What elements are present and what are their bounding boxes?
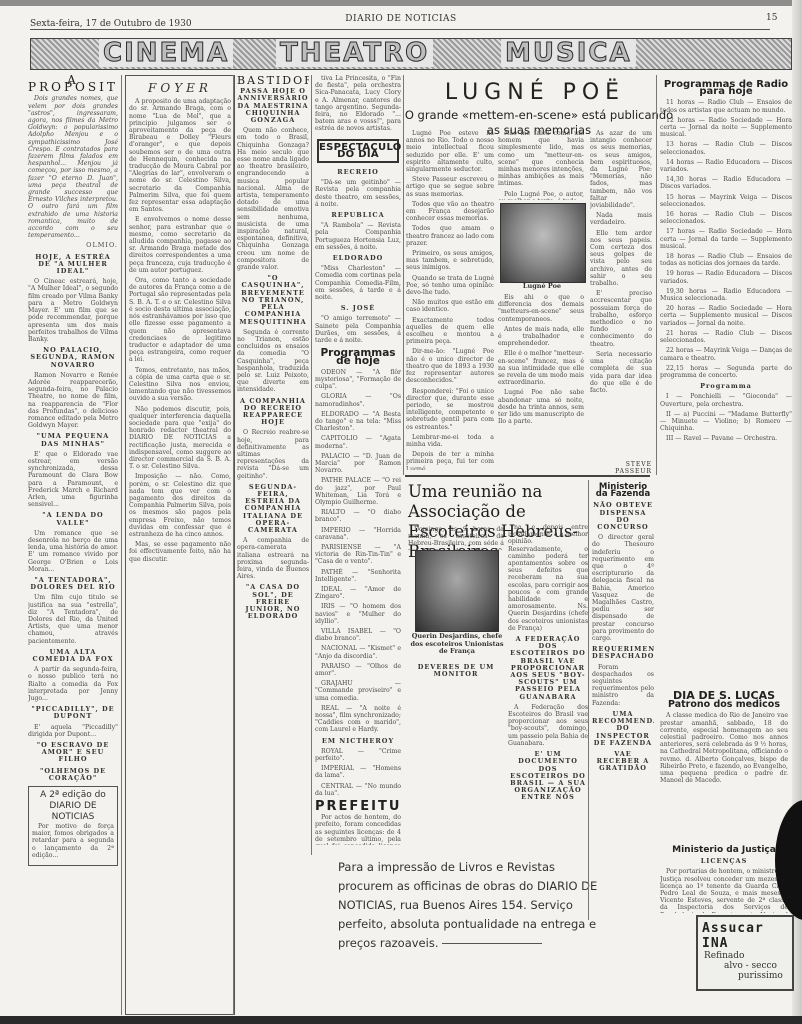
second-edition-box: A 2ª edição do DIARIO DE NOTICIAS Por mo… bbox=[28, 786, 118, 866]
section-text: Um romance que se desenrola no berço de … bbox=[28, 530, 118, 573]
nictheroy-item: ROYAL — "Crime perfeito". bbox=[315, 748, 401, 762]
radio-item: 22 horas — Mayrink Veiga — Danças de cam… bbox=[660, 347, 792, 361]
assucar-ina-ad: Assucar INA Refinado alvo - secco puriss… bbox=[696, 915, 794, 991]
programma-item: PARISIENSE — "A victoria de Rin-Tin-Tin"… bbox=[315, 544, 401, 566]
scan-edge-top bbox=[0, 0, 802, 6]
column-a-proposito: A PROPOSITO Dois grandes nomes, que vele… bbox=[28, 75, 118, 1015]
second-edition-title: A 2ª edição do DIARIO DE NOTICIAS bbox=[32, 790, 114, 823]
requerimentos-text: Foram despachados os seguintes requerime… bbox=[592, 664, 654, 707]
assoc-column-1: DEVERES DE UM MONITOR bbox=[408, 660, 504, 840]
assoc-column-2: na, e depois entre isoladamente, á a mel… bbox=[508, 524, 588, 844]
lugne-paragraph: Exactamente todos aquelles de quem elle … bbox=[406, 317, 494, 346]
federacao-head: A FEDERAÇÃO DOS ESCOTEIROS DO BRASIL VAE… bbox=[508, 636, 588, 701]
print-shop-ad: Para a impressão de Livros e Revistas pr… bbox=[338, 858, 600, 986]
theatre-text: "Miss Charleston" — Comedia com cortinas… bbox=[315, 265, 401, 301]
programma-item: NACIONAL — "Kismet" e "Anjo da discordia… bbox=[315, 645, 401, 659]
theatre-text: "A Rambola" — Revista pela Companhia Por… bbox=[315, 222, 401, 251]
lugne-paragraph: Seria necessario uma citação completa de… bbox=[590, 351, 652, 394]
theatre-text: "O amigo terremoto" — Sainete pela Compa… bbox=[315, 315, 401, 344]
section-head: "A TENTADORA", DOLORES DEL RIO bbox=[28, 577, 118, 591]
foyer-paragraph: E envolvemos o nome desse senhor, para e… bbox=[129, 216, 231, 274]
theatre-name: ELDORADO bbox=[315, 255, 401, 262]
lugne-paragraph: Dir-me-ão: "Lugné Poe não é o unico dire… bbox=[406, 348, 494, 384]
section-text: E' que o Eldorado vae estrear, em versão… bbox=[28, 451, 118, 509]
radio-item: 14,30 horas — Radio Educadora — Discos v… bbox=[660, 176, 792, 190]
lugne-paragraph: Nada mais verdadeiro. bbox=[590, 212, 652, 226]
section-text: Quem não conhece, em todo o Brasil, Chiq… bbox=[237, 127, 309, 271]
vae-receber-head: VAE RECEBER A GRATIDÃO bbox=[592, 751, 654, 773]
ad-rule bbox=[442, 943, 542, 944]
column-espectaculos: tiva La Princesita, o "Fin de fiesta", p… bbox=[315, 75, 401, 845]
newspaper-page: Sexta-feira, 17 de Outubro de 1930 DIARI… bbox=[0, 0, 802, 1024]
foyer-paragraph: Não podemos discutir, pois, qualquer int… bbox=[129, 406, 231, 471]
lugne-paragraph: E' preciso accrescentar que possuiam for… bbox=[590, 290, 652, 348]
nictheroy-title: EM NICTHEROY bbox=[315, 738, 401, 745]
lugne-paragraph: Elle é o melhor "metteur-en-scene" franc… bbox=[498, 350, 584, 386]
section-head: UMA ALTA COMEDIA DA FOX bbox=[28, 649, 118, 663]
radio-item: 19 horas — Radio Educadora — Discos vari… bbox=[660, 270, 792, 284]
prefeitura-text: Por actos de hontem, do prefeito, foram … bbox=[315, 814, 401, 845]
radio-item: 20 horas — Radio Sociedade — Hora certa … bbox=[660, 305, 792, 327]
section-head: SEGUNDA-FEIRA, ESTREIA DA COMPANHIA ITAL… bbox=[237, 484, 309, 534]
a-proposito-intro: Dois grandes nomes, que velem por dois g… bbox=[28, 95, 118, 239]
column-sao-lucas: DIA DE S. LUCAS Patrono dos medicos A cl… bbox=[660, 690, 788, 840]
assoc-text: na, e depois entre isoladamente, á a mel… bbox=[508, 524, 588, 632]
section-head: "A LENDA DO VALLE" bbox=[28, 512, 118, 526]
programma-item: IDEAL — "Amor de Zingaro". bbox=[315, 586, 401, 600]
espectaculos-intro: tiva La Princesita, o "Fin de fiesta", p… bbox=[315, 75, 401, 133]
column-foyer: FOYER A proposito de uma adaptação do sr… bbox=[125, 75, 235, 1015]
concert-list: I — Ponchielli — "Gioconda" — Ouverture,… bbox=[660, 393, 792, 442]
radio-item: 11 horas — Radio Club — Ensaios de todos… bbox=[660, 99, 792, 113]
monitor-head: DEVERES DE UM MONITOR bbox=[408, 664, 504, 678]
nictheroy-list: ROYAL — "Crime perfeito".IMPERIAL — "Hom… bbox=[315, 748, 401, 797]
programma-item: PATHE PALACE — "O rei do jazz", por Paul… bbox=[315, 477, 401, 506]
espectaculos-title: ESPECTACULOS DO DIA bbox=[317, 139, 399, 163]
column-radio: Programmas de Radio para hoje 11 horas —… bbox=[660, 75, 792, 675]
banner-word-theatro: THEATRO bbox=[276, 39, 433, 67]
column-ministerio-fazenda: Ministerio da Fazenda NÃO OBTEVE DISPENS… bbox=[592, 478, 654, 908]
programma-item: ELDORADO — "A Besta do tango" e na tela:… bbox=[315, 411, 401, 433]
assoc-sub-head: E' UM DOCUMENTO DOS ESCOTEIROS DO BRASIL… bbox=[508, 751, 588, 801]
radio-item: 22,15 horas — Segunda parte do programma… bbox=[660, 365, 792, 379]
lugne-paragraph: Quando se trata de Lugné Poe, só tenho u… bbox=[406, 275, 494, 297]
concert-item: I — Ponchielli — "Gioconda" — Ouverture,… bbox=[660, 393, 792, 407]
section-head: HOJE, A ESTRÉA DE "A MULHER IDEAL" bbox=[28, 254, 118, 276]
section-head: "PICCADILLY", DE DUPONT bbox=[28, 706, 118, 720]
foyer-paragraph: Temos, entretanto, nas mãos, a cópia de … bbox=[129, 367, 231, 403]
section-head: NO PALACIO, SEGUNDA, RAMON NOVARRO bbox=[28, 347, 118, 369]
fazenda-text: O director geral do Thesouro indeferiu o… bbox=[592, 534, 654, 642]
section-head: "UMA PEQUENA DAS MINHAS" bbox=[28, 433, 118, 447]
federacao-text: A Federação dos Escoteiros do Brasil vae… bbox=[508, 704, 588, 747]
lugne-paragraph: Antes de mais nada, elle é trabalhador e… bbox=[498, 326, 584, 348]
lugne-poe-photo bbox=[500, 203, 586, 283]
radio-item: 12 horas — Radio Sociedade — Hora certa … bbox=[660, 117, 792, 139]
lugne-column-1: Lugné Poe esteve ha annos no Rio. Todo o… bbox=[406, 130, 494, 470]
lugne-paragraph: Todos que vão ao theatro em França desej… bbox=[406, 201, 494, 223]
lugne-column-2-bottom: Eis ahi o que o differencia dos demais "… bbox=[498, 294, 584, 470]
radio-title: Programmas de Radio para hoje bbox=[660, 81, 792, 95]
section-text: O Recreio reabre-se hoje, para definitiv… bbox=[237, 429, 309, 479]
programma-item: IMPERIO — "Horrida caravana". bbox=[315, 527, 401, 541]
programma-item: GLORIA — "Os namoradinhos". bbox=[315, 393, 401, 407]
lugne-paragraph: Elle tem ardor nos seus papeis. Com cert… bbox=[590, 230, 652, 288]
theatre-text: "Dá-se um geitinho" — Revista pela compa… bbox=[315, 179, 401, 208]
lugne-paragraph: As azar de um intangio conhecer os seus … bbox=[590, 130, 652, 209]
assucar-brand: Assucar INA bbox=[698, 917, 792, 951]
desjardins-photo bbox=[415, 550, 499, 632]
lugne-paragraph: Todos que amam o theatro francez ao lado… bbox=[406, 225, 494, 247]
assucar-line-2: alvo - secco bbox=[698, 961, 792, 971]
programma-item: IRIS — "O homem dos navios" e "Mulher do… bbox=[315, 603, 401, 625]
theatre-name: S. JOSÉ bbox=[315, 305, 401, 312]
column-bastidores: BASTIDORES PASSA HOJE O ANNIVERSARIO DA … bbox=[237, 75, 309, 995]
desjardins-caption: Querin Desjardins, chefe dos escoteiros … bbox=[408, 633, 506, 656]
column-rule bbox=[656, 75, 657, 475]
section-text: A partir da segunda-feira, o nosso publi… bbox=[28, 666, 118, 702]
a-proposito-title: A PROPOSITO bbox=[28, 77, 118, 91]
ministerio-fazenda-title: Ministerio da Fazenda bbox=[592, 484, 654, 498]
assucar-line-1: Refinado bbox=[698, 951, 792, 961]
assucar-line-3: purissimo bbox=[698, 971, 792, 981]
section-text: Segunda é corrente no Trianon, estão con… bbox=[237, 329, 309, 394]
foyer-title: FOYER bbox=[129, 85, 231, 92]
column-rule bbox=[311, 75, 312, 855]
section-head: "A CASA DO SOL", DE FREIRE JUNIOR, NO EL… bbox=[237, 584, 309, 620]
concert-item: III — Ravel — Pavane — Orchestra. bbox=[660, 435, 792, 442]
radio-item: 14 horas — Radio Educadora — Discos vari… bbox=[660, 159, 792, 173]
lugne-paragraph: Não muitos que estão em caso identico. bbox=[406, 299, 494, 313]
prefeitura-title: PREFEITURA bbox=[315, 803, 401, 810]
concert-programme-title: Programma bbox=[660, 383, 792, 390]
banner-word-cinema: CINEMA bbox=[99, 39, 233, 67]
ministerio-justica-title: Ministerio da Justiça bbox=[660, 847, 788, 854]
sao-lucas-title: DIA DE S. LUCAS bbox=[660, 692, 788, 699]
fazenda-sub-head: NÃO OBTEVE DISPENSA DO CONCURSO bbox=[592, 502, 654, 531]
radio-item: 13 horas — Radio Club — Discos seleccion… bbox=[660, 141, 792, 155]
section-banner: CINEMA THEATRO MUSICA bbox=[30, 38, 792, 70]
lugne-poe-headline: LUGNÉ POË bbox=[410, 80, 660, 105]
lugne-paragraph: Não me falou como um homem que havia sim… bbox=[498, 130, 584, 188]
lugne-photo-caption: Lugné Poe bbox=[500, 283, 584, 291]
section-head: A COMPANHIA DO RECREIO REAPPARECE HOJE bbox=[237, 398, 309, 427]
programma-item: VILLA ISABEL — "O diabo branco". bbox=[315, 628, 401, 642]
section-text: A companhia de opera-camerata italiana e… bbox=[237, 537, 309, 580]
bastidores-title: BASTIDORES bbox=[237, 77, 309, 84]
lugne-paragraph: Lembrar-me-ei toda a minha vida. bbox=[406, 434, 494, 448]
programmas-list: ODEON — "A flôr mysteriosa", "Formação d… bbox=[315, 369, 401, 734]
recommendation-head: UMA RECOMMENDAÇÃO DO INSPECTOR DE FAZEND… bbox=[592, 711, 654, 747]
lugne-column-3: As azar de um intangio conhecer os seus … bbox=[590, 130, 652, 450]
section-head: "O CASQUINHA", BREVEMENTE NO TRIANON, PE… bbox=[237, 275, 309, 325]
programmas-title: Programmas de hoje bbox=[315, 350, 401, 364]
lugne-paragraph: Pelo Lugné Poe, o autor, ou melhor o tex… bbox=[498, 191, 584, 200]
programma-item: PATHÉ — "Senhorita Intelligente". bbox=[315, 569, 401, 583]
programma-item: CAPITOLIO — "Agata moderna". bbox=[315, 435, 401, 449]
theatre-name: RECREIO bbox=[315, 169, 401, 176]
lugne-signature: STEVE PASSEUR bbox=[590, 461, 652, 475]
nictheroy-item: CENTRAL — "No mundo da lua". bbox=[315, 783, 401, 797]
programma-item: REAL — "A noite é nossa", film synchroni… bbox=[315, 705, 401, 734]
banner-word-musica: MUSICA bbox=[501, 39, 636, 67]
foyer-paragraph: Mas, se esse pagamento não foi effectiva… bbox=[129, 541, 231, 563]
radio-item: 15 horas — Mayrink Veiga — Discos selecc… bbox=[660, 194, 792, 208]
print-shop-ad-text: Para a impressão de Livros e Revistas pr… bbox=[338, 860, 597, 950]
section-text: Ramon Novarro e Renée Adorée reapparecer… bbox=[28, 372, 118, 430]
requerimentos-head: REQUERIMENTOS DESPACHADOS bbox=[592, 646, 654, 660]
radio-item: 21 horas — Radio Club — Discos seleccion… bbox=[660, 330, 792, 344]
programma-item: ODEON — "A flôr mysteriosa", "Formação d… bbox=[315, 369, 401, 391]
masthead-rule bbox=[30, 29, 770, 30]
lugne-paragraph: Responderei: "Foi o unico director que, … bbox=[406, 388, 494, 431]
nictheroy-item: IMPERIAL — "Homens da lama". bbox=[315, 765, 401, 779]
radio-item: 16 horas — Radio Club — Discos seleccion… bbox=[660, 211, 792, 225]
lugne-column-2-top: Não me falou como um homem que havia sim… bbox=[498, 130, 584, 200]
radio-item: 18 horas — Radio Club — Ensaios de todas… bbox=[660, 253, 792, 267]
foyer-paragraph: Ora, como tanto a sociedade de autores d… bbox=[129, 277, 231, 363]
programma-item: GRAJAHU — "Commande proviseiro" e uma co… bbox=[315, 680, 401, 702]
programma-item: RIALTO — "O diabo branco". bbox=[315, 509, 401, 523]
concert-item: II — a) Puccini — "Madame Butterfly" — M… bbox=[660, 411, 792, 433]
radio-list: 11 horas — Radio Club — Ensaios de todos… bbox=[660, 99, 792, 379]
section-head: PASSA HOJE O ANNIVERSARIO DA MAESTRINA C… bbox=[237, 88, 309, 124]
lugne-paragraph: Eis ahi o que o differencia dos demais "… bbox=[498, 294, 584, 323]
assoc-top-rule bbox=[405, 475, 650, 477]
lugne-paragraph: Lugné Poe esteve ha annos no Rio. Todo o… bbox=[406, 130, 494, 173]
section-head: "OLHEMOS DE CORAÇÃO" bbox=[28, 768, 118, 782]
scan-edge-bottom bbox=[0, 1016, 802, 1024]
radio-item: 17 horas — Radio Sociedade — Hora certa … bbox=[660, 228, 792, 250]
theatre-name: REPUBLICA bbox=[315, 212, 401, 219]
justica-text: Por portarias de hontem, o ministro da J… bbox=[660, 868, 788, 913]
assoc-intro: Domingo, ás 9 horas da manhã, os escotei… bbox=[408, 526, 504, 550]
foyer-paragraph: A proposito de uma adaptação do sr. Arma… bbox=[129, 98, 231, 213]
assoc-intro-text: Domingo, ás 9 horas da manhã, os escotei… bbox=[408, 526, 504, 550]
foyer-paragraph: Imposição — não. Como, porém, o sr. Cele… bbox=[129, 473, 231, 538]
section-head: "O ESCRAVO DE AMOR" E SEU FILHO bbox=[28, 742, 118, 764]
lugne-paragraph: Steve Passeur escreveu o artigo que se s… bbox=[406, 176, 494, 198]
lugne-paragraph: Primeiro, os seus amigos, mas tambem, e … bbox=[406, 250, 494, 272]
column-rule bbox=[121, 75, 122, 1015]
paper-name: DIARIO DE NOTICIAS bbox=[0, 14, 802, 24]
page-number: 15 bbox=[766, 13, 777, 23]
programma-item: PARAISO — "Olhos de amor". bbox=[315, 663, 401, 677]
a-proposito-signature: OLMIO. bbox=[28, 242, 118, 249]
justica-sub-head: LICENÇAS bbox=[660, 858, 788, 865]
column-rule bbox=[588, 480, 589, 920]
programma-item: PALACIO — "D. Juan de Marcia" por Ramon … bbox=[315, 453, 401, 475]
lugne-paragraph: Lugné Poe não sabe abandonar uma só noit… bbox=[498, 389, 584, 425]
second-edition-text: Por motivo de força maior, fomos obrigad… bbox=[32, 823, 114, 859]
section-text: O Cineac estreará, hoje, "A Mulher Ideal… bbox=[28, 278, 118, 343]
section-text: Um film cujo titulo se justifica na sua … bbox=[28, 594, 118, 644]
lugne-paragraph: Depois de ter a minha primeira peça, fui… bbox=[406, 451, 494, 470]
column-ministerio-justica: Ministerio da Justiça LICENÇAS Por porta… bbox=[660, 845, 788, 913]
sao-lucas-subtitle: Patrono dos medicos bbox=[660, 701, 788, 708]
section-text: E' aquela "Piccadilly" dirigida por Dupo… bbox=[28, 724, 118, 738]
column-rule bbox=[233, 75, 234, 1015]
radio-item: 19,30 horas — Radio Educadora — Musica s… bbox=[660, 288, 792, 302]
sao-lucas-text: A classe medica do Rio de Janeiro vae pr… bbox=[660, 712, 788, 784]
